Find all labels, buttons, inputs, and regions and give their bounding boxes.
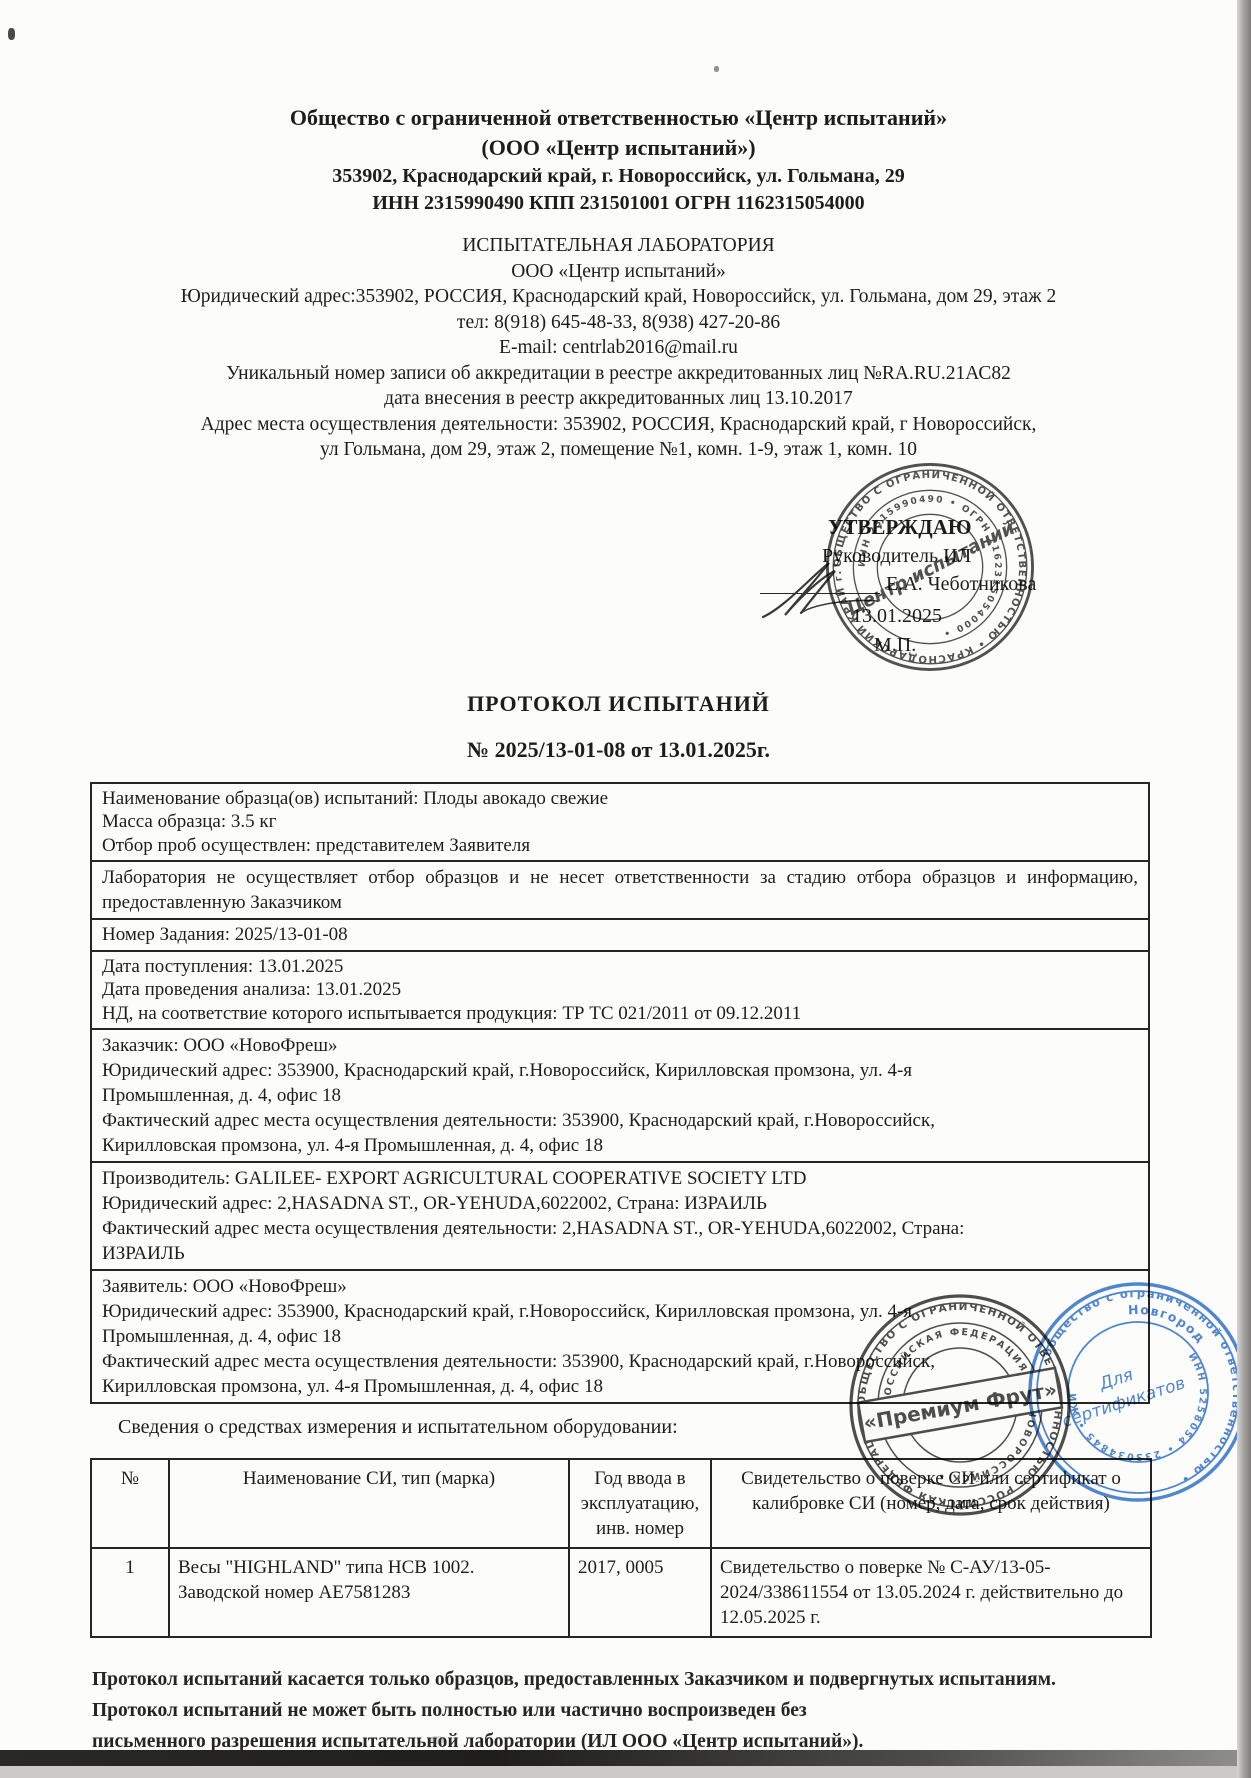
- regulation-reference: НД, на соответствие которого испытываетс…: [102, 1002, 1138, 1026]
- equipment-certificate: Свидетельство о поверке № С-АУ/13-05-202…: [711, 1548, 1151, 1637]
- footer-note-2: Протокол испытаний не может быть полност…: [92, 1695, 1237, 1726]
- org-name-short: (ООО «Центр испытаний»): [0, 133, 1237, 163]
- document-number: № 2025/13-01-08 от 13.01.2025г.: [0, 735, 1237, 765]
- scan-below-edge: [0, 1766, 1237, 1778]
- scan-artifact: [430, 1736, 444, 1744]
- scanned-document-page: Общество с ограниченной ответственностью…: [0, 0, 1251, 1778]
- premium-frut-stamp: ОБЩЕСТВО С ОГРАНИЧЕННОЙ ОТВЕТСТВЕННОСТЬЮ…: [840, 1285, 1080, 1525]
- lab-legal-address: Юридический адрес:353902, РОССИЯ, Красно…: [0, 284, 1237, 310]
- lab-header: ИСПЫТАТЕЛЬНАЯ ЛАБОРАТОРИЯ ООО «Центр исп…: [0, 233, 1237, 463]
- protocol-title-block: ПРОТОКОЛ ИСПЫТАНИЙ № 2025/13-01-08 от 13…: [0, 689, 1237, 765]
- customer-actual-address-1: Фактический адрес места осуществления де…: [102, 1108, 1138, 1133]
- org-codes: ИНН 2315990490 КПП 231501001 ОГРН 116231…: [0, 190, 1237, 217]
- table-row-manufacturer: Производитель: GALILEE- EXPORT AGRICULTU…: [92, 1161, 1148, 1269]
- equipment-data-row: 1 Весы "HIGHLAND" типа НСВ 1002. Заводск…: [91, 1548, 1151, 1637]
- sampling-by: Отбор проб осуществлен: представителем З…: [102, 834, 1138, 858]
- task-number: Номер Задания: 2025/13-01-08: [102, 923, 1138, 947]
- lab-activity-address-1: Адрес места осуществления деятельности: …: [0, 412, 1237, 438]
- document-title: ПРОТОКОЛ ИСПЫТАНИЙ: [0, 689, 1237, 719]
- lab-email: E-mail: centrlab2016@mail.ru: [0, 335, 1237, 361]
- sample-mass: Масса образца: 3.5 кг: [102, 810, 1138, 834]
- manufacturer-actual-address-2: ИЗРАИЛЬ: [102, 1241, 1138, 1266]
- customer-legal-address-1: Юридический адрес: 353900, Краснодарский…: [102, 1058, 1138, 1083]
- table-row: Наименование образца(ов) испытаний: Плод…: [92, 784, 1148, 861]
- footer-note-1: Протокол испытаний касается только образ…: [92, 1664, 1237, 1695]
- table-row: Дата поступления: 13.01.2025 Дата провед…: [92, 950, 1148, 1029]
- col-header-name: Наименование СИ, тип (марка): [169, 1459, 569, 1548]
- customer-actual-address-2: Кирилловская промзона, ул. 4-я Промышлен…: [102, 1133, 1138, 1158]
- org-name-full: Общество с ограниченной ответственностью…: [0, 103, 1237, 133]
- equipment-year: 2017, 0005: [569, 1548, 711, 1637]
- receipt-date: Дата поступления: 13.01.2025: [102, 955, 1138, 979]
- table-row: Номер Задания: 2025/13-01-08: [92, 918, 1148, 950]
- manufacturer-legal-address: Юридический адрес: 2,HASADNA ST., OR-YEH…: [102, 1191, 1138, 1216]
- scan-artifact: [8, 28, 15, 40]
- manufacturer-actual-address-1: Фактический адрес места осуществления де…: [102, 1216, 1138, 1241]
- lab-activity-address-2: ул Гольмана, дом 29, этаж 2, помещение №…: [0, 437, 1237, 463]
- customer-legal-address-2: Промышленная, д. 4, офис 18: [102, 1083, 1138, 1108]
- equipment-number: 1: [91, 1548, 169, 1637]
- equipment-name: Весы "HIGHLAND" типа НСВ 1002. Заводской…: [169, 1548, 569, 1637]
- scan-bottom-edge: [0, 1750, 1237, 1766]
- lab-round-stamp: ОБЩЕСТВО С ОГРАНИЧЕННОЙ ОТВЕТСТВЕННОСТЬЮ…: [815, 452, 1045, 682]
- manufacturer-name: Производитель: GALILEE- EXPORT AGRICULTU…: [102, 1166, 1138, 1191]
- footer-notes: Протокол испытаний касается только образ…: [92, 1664, 1237, 1757]
- customer-name: Заказчик: ООО «НовоФреш»: [102, 1033, 1138, 1058]
- col-header-number: №: [91, 1459, 169, 1548]
- org-header: Общество с ограниченной ответственностью…: [0, 0, 1237, 217]
- lab-title: ИСПЫТАТЕЛЬНАЯ ЛАБОРАТОРИЯ: [0, 233, 1237, 259]
- table-row: Лаборатория не осуществляет отбор образц…: [92, 860, 1148, 918]
- table-row-customer: Заказчик: ООО «НовоФреш» Юридический адр…: [92, 1028, 1148, 1161]
- org-address: 353902, Краснодарский край, г. Новоросси…: [0, 163, 1237, 190]
- sample-name: Наименование образца(ов) испытаний: Плод…: [102, 787, 1138, 811]
- lab-disclaimer: Лаборатория не осуществляет отбор образц…: [102, 865, 1138, 915]
- lab-phone: тел: 8(918) 645-48-33, 8(938) 427-20-86: [0, 310, 1237, 336]
- col-header-year: Год ввода в эксплуатацию, инв. номер: [569, 1459, 711, 1548]
- lab-name: ООО «Центр испытаний»: [0, 259, 1237, 285]
- scan-artifact: [714, 66, 719, 72]
- lab-accreditation-number: Уникальный номер записи об аккредитации …: [0, 361, 1237, 387]
- analysis-date: Дата проведения анализа: 13.01.2025: [102, 978, 1138, 1002]
- lab-accreditation-date: дата внесения в реестр аккредитованных л…: [0, 386, 1237, 412]
- scan-right-edge: [1237, 0, 1251, 1778]
